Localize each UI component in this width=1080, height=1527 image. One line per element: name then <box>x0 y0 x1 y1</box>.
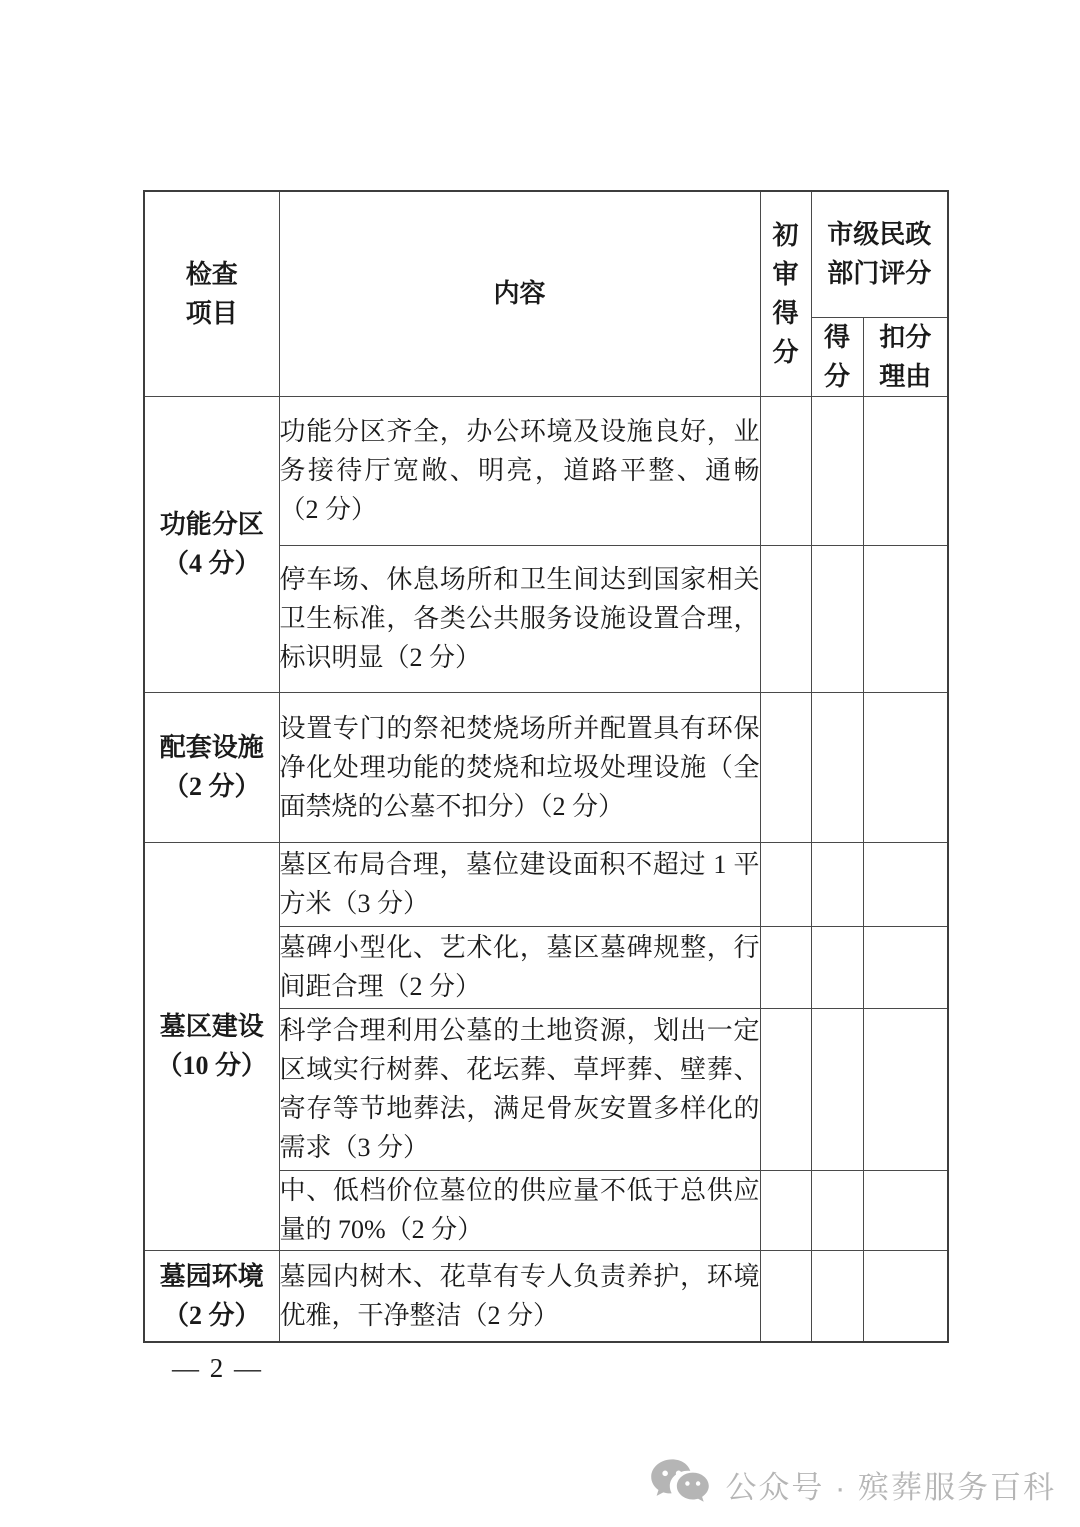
initial-score-cell <box>760 1008 811 1170</box>
deduction-reason-cell <box>863 1008 948 1170</box>
municipal-score-cell <box>811 1250 863 1342</box>
content-cell: 停车场、休息场所和卫生间达到国家相关卫生标准，各类公共服务设施设置合理，标识明显… <box>279 545 760 692</box>
deduction-reason-cell <box>863 692 948 842</box>
wechat-icon <box>650 1458 710 1510</box>
initial-score-cell <box>760 1250 811 1342</box>
initial-score-cell <box>760 545 811 692</box>
document-page: 检查 项目 内容 初 审 得 分 市级民政 部门评分 得 分 扣分 理由 功能分… <box>0 0 1080 1527</box>
deduction-reason-cell <box>863 926 948 1008</box>
table-header-row-1: 检查 项目 内容 初 审 得 分 市级民政 部门评分 <box>144 191 948 317</box>
table-row: 墓区建设 （10 分） 墓区布局合理，墓位建设面积不超过 1 平方米（3 分） <box>144 842 948 926</box>
municipal-score-cell <box>811 1170 863 1250</box>
deduction-reason-cell <box>863 842 948 926</box>
inspection-score-table: 检查 项目 内容 初 审 得 分 市级民政 部门评分 得 分 扣分 理由 功能分… <box>143 190 949 1343</box>
content-cell: 墓碑小型化、艺术化，墓区墓碑规整，行间距合理（2 分） <box>279 926 760 1008</box>
initial-score-cell <box>760 926 811 1008</box>
deduction-reason-cell <box>863 396 948 545</box>
header-deduction-reason: 扣分 理由 <box>863 317 948 396</box>
wechat-watermark: 公众号 · 殡葬服务百科 <box>650 1458 1056 1510</box>
content-cell: 墓区布局合理，墓位建设面积不超过 1 平方米（3 分） <box>279 842 760 926</box>
header-content: 内容 <box>279 191 760 396</box>
section-label-cemetery-environment: 墓园环境 （2 分） <box>144 1250 279 1342</box>
municipal-score-cell <box>811 926 863 1008</box>
section-label-cemetery-construction: 墓区建设 （10 分） <box>144 842 279 1250</box>
municipal-score-cell <box>811 545 863 692</box>
municipal-score-cell <box>811 396 863 545</box>
initial-score-cell <box>760 1170 811 1250</box>
section-label-supporting-facilities: 配套设施 （2 分） <box>144 692 279 842</box>
header-inspection-item: 检查 项目 <box>144 191 279 396</box>
municipal-score-cell <box>811 1008 863 1170</box>
page-number: — 2 — <box>172 1353 263 1384</box>
municipal-score-cell <box>811 842 863 926</box>
header-initial-review-score: 初 审 得 分 <box>760 191 811 396</box>
content-cell: 中、低档价位墓位的供应量不低于总供应量的 70%（2 分） <box>279 1170 760 1250</box>
header-score: 得 分 <box>811 317 863 396</box>
content-cell: 设置专门的祭祀焚烧场所并配置具有环保净化处理功能的焚烧和垃圾处理设施（全面禁烧的… <box>279 692 760 842</box>
header-municipal-civil-affairs-score: 市级民政 部门评分 <box>811 191 948 317</box>
watermark-label: 公众号 · 殡葬服务百科 <box>725 1462 1056 1507</box>
deduction-reason-cell <box>863 1250 948 1342</box>
initial-score-cell <box>760 842 811 926</box>
deduction-reason-cell <box>863 545 948 692</box>
section-label-functional-zoning: 功能分区 （4 分） <box>144 396 279 692</box>
municipal-score-cell <box>811 692 863 842</box>
table-row: 功能分区 （4 分） 功能分区齐全，办公环境及设施良好，业务接待厅宽敞、明亮，道… <box>144 396 948 545</box>
deduction-reason-cell <box>863 1170 948 1250</box>
content-cell: 科学合理利用公墓的土地资源，划出一定区域实行树葬、花坛葬、草坪葬、壁葬、寄存等节… <box>279 1008 760 1170</box>
content-cell: 功能分区齐全，办公环境及设施良好，业务接待厅宽敞、明亮，道路平整、通畅（2 分） <box>279 396 760 545</box>
initial-score-cell <box>760 396 811 545</box>
table-row: 配套设施 （2 分） 设置专门的祭祀焚烧场所并配置具有环保净化处理功能的焚烧和垃… <box>144 692 948 842</box>
initial-score-cell <box>760 692 811 842</box>
table-row: 墓园环境 （2 分） 墓园内树木、花草有专人负责养护，环境优雅，干净整洁（2 分… <box>144 1250 948 1342</box>
content-cell: 墓园内树木、花草有专人负责养护，环境优雅，干净整洁（2 分） <box>279 1250 760 1342</box>
